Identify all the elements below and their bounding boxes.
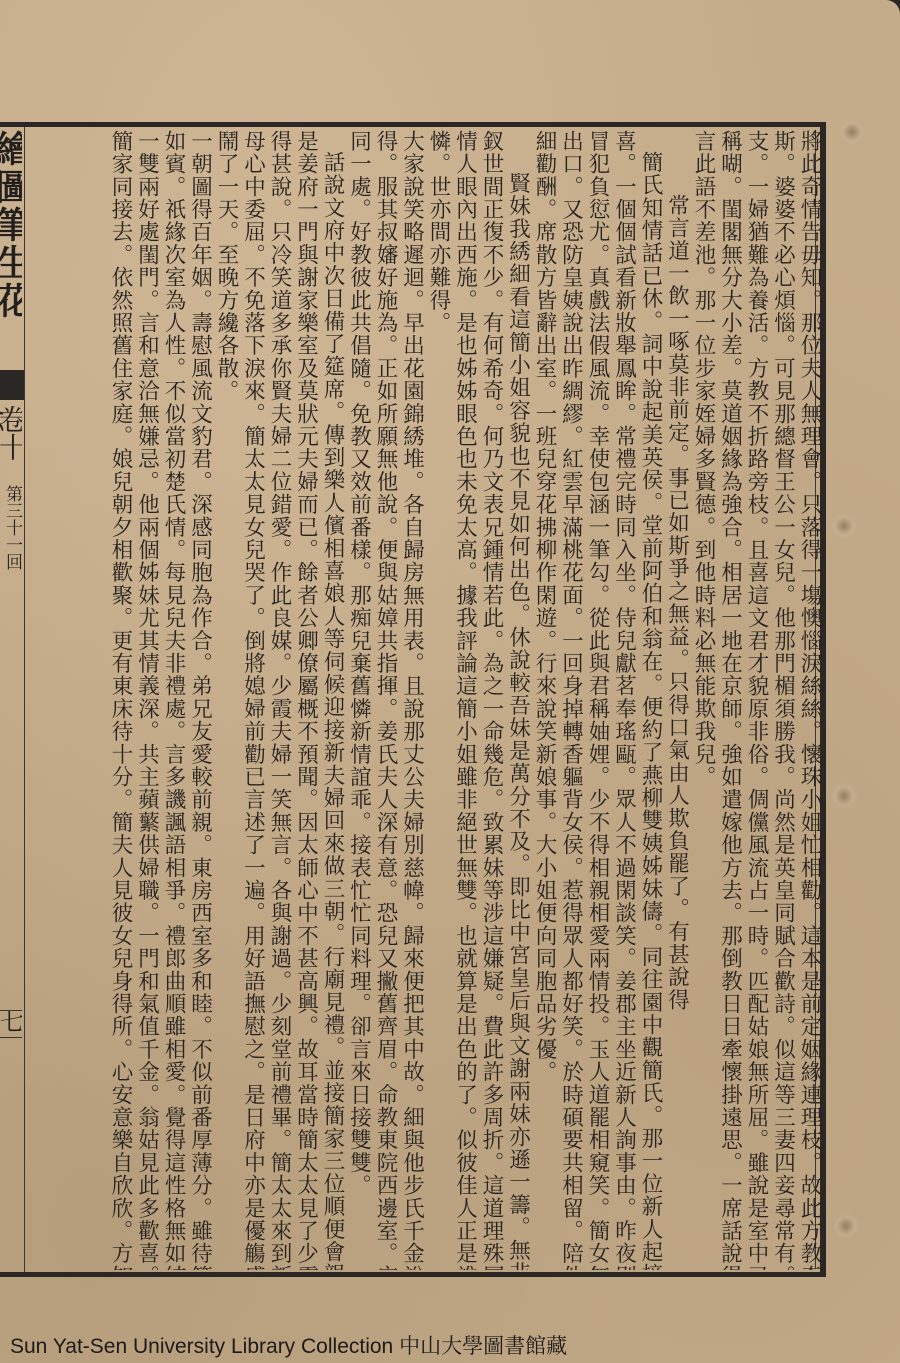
text-column: 喜。一個個試看新妝舉鳳眸。常禮完時同入坐。侍兒獻茗奉瑤甌。眾人不過閑談笑。姜郡主… xyxy=(610,130,637,1270)
binding-hole xyxy=(830,782,858,810)
text-column: 簡氏知情話已休。詞中說起美英侯。堂前阿伯和翁在。便約了燕柳雙姨姊妹儔。同往園中觀… xyxy=(637,130,664,1270)
book-title: 繪圖筆生花 xyxy=(0,130,22,360)
text-column: 鬧了一天。至晚方纔各散。 xyxy=(213,130,240,1270)
text-column: 常言道一飲一啄莫非前定。事已如斯爭之無益。只得口氣由人欺負罷了。有甚說得 xyxy=(663,130,690,1270)
text-column: 話說文府中次日備了筵席。傳到樂人儐相喜娘人等伺候迎接新夫婦回來做三朝。行廟見禮。… xyxy=(319,130,346,1270)
text-column: 得。服其叔嬸好施為。正如所願無他說。便與姑嫜共指揮。姜氏夫人深有意。恐兒又撇舊齊… xyxy=(372,130,399,1270)
book-page: 繪圖筆生花 卷十六 第三十一回 七 將此奇情告毋知。那位夫人無理會。只落得一塲懊… xyxy=(0,0,900,1363)
text-column: 將此奇情告毋知。那位夫人無理會。只落得一塲懊惱淚絲絲。懷珠小姐忙相勸。這本是前定… xyxy=(796,130,823,1270)
text-column: 言此語不差池。那一位步家姪婦多賢德。到他時料必無能欺我兒。 xyxy=(690,130,717,1270)
text-column: 大家說笑略遲迴。早出花園錦綉堆。各自歸房無用表。且說那丈公夫婦別慈幃。歸來便把其… xyxy=(398,130,425,1270)
text-body: 將此奇情告毋知。那位夫人無理會。只落得一塲懊惱淚絲絲。懷珠小姐忙相勸。這本是前定… xyxy=(26,130,822,1270)
text-column: 母心中委屈。不免落下淚來。簡太太見女兒哭了。倒將媳婦前勸已言述了一遍。用好語撫慰… xyxy=(239,130,266,1270)
chapter-label: 第三十一回 xyxy=(2,485,22,570)
volume-label: 卷十六 xyxy=(0,405,22,485)
text-column: 稱㗅。閨閣無分大小差。莫道姻緣為強合。相居一地在京師。強如遣嫁他方去。那倒教日日… xyxy=(716,130,743,1270)
text-column: 如賓。祇緣次室為人性。不似當初楚氏情。每見兒夫非禮處。言多譏諷語相爭。禮郎曲順雖… xyxy=(160,130,187,1270)
text-column: 斯。婆婆不必心煩惱。可見那總督王公一女兒。他那門楣須勝我。尚然是英皇同賦合歡詩。… xyxy=(769,130,796,1270)
text-column: 細勸酬。席散方皆辭出室。一班兒穿花拂柳作閑遊。行來說笑新娘事。大小姐便向同胞品劣… xyxy=(531,130,558,1270)
text-column: 釵世間正復不少。有何希奇。何乃文表兄鍾情若此。為之一命幾危。致累妹等涉這嫌疑。費… xyxy=(478,130,505,1270)
binding-hole xyxy=(832,1212,860,1240)
text-column: 同一處。好教彼此共倡隨。免教又效前番樣。那痴兒棄舊憐新情誼乖。接表忙忙同料理。卻… xyxy=(345,130,372,1270)
fishtail-mark xyxy=(0,370,24,400)
collection-credit: Sun Yat-Sen University Library Collectio… xyxy=(10,1330,567,1360)
text-column: 憐。世亦間亦難得。 xyxy=(425,130,452,1270)
page-number: 七 xyxy=(0,1010,22,1038)
text-column: 一朝圖得百年姻。壽慰風流文豹君。深感同胞為作合。弟兄友愛較前親。東房西室多和睦。… xyxy=(186,130,213,1270)
text-column: 情人眼內出西施。是也姊姊眼色也未免太高。據我評論這簡小姐雖非絕世無雙。也就算是出… xyxy=(451,130,478,1270)
credit-english: Sun Yat-Sen University Library Collectio… xyxy=(10,1335,393,1358)
text-column: 冒犯負愆尤。真戲法假風流。幸使包涵一筆勾。從此與君稱妯娌。少不得相親相愛兩情投。… xyxy=(584,130,611,1270)
credit-chinese: 中山大學圖書館藏 xyxy=(399,1334,567,1358)
text-column: 支。一婦猶難為養活。方教不折路旁枝。且喜這文君才貌原非俗。倜儻風流占一時。匹配姑… xyxy=(743,130,770,1270)
text-column: 賢妹我綉細看這簡小姐容貌也不見如何出色。休說較吾妹是萬分不及。即比中宮皇后與文謝… xyxy=(504,130,531,1270)
binding-hole xyxy=(838,118,866,146)
binding-hole xyxy=(830,512,858,540)
text-column: 得甚說。只冷笑道多承你賢夫婦二位錯愛。作此良媒。少霞夫婦一笑無言。各與謝過。少刻… xyxy=(266,130,293,1270)
text-column: 出口。又恐防皇姨說出昨綢繆。紅雲早滿桃花面。一回身掉轉香軀背女侯。惹得眾人都好笑… xyxy=(557,130,584,1270)
text-column: 一雙兩好處閨門。言和意洽無嫌忌。他兩個姊妹尤其情義深。共主蘋蘩供婦職。一門和氣值… xyxy=(133,130,160,1270)
text-column: 簡家同接去。依然照舊住家庭。娘兒朝夕相歡聚。更有東床待十分。簡夫人見彼女兒身得所… xyxy=(107,130,134,1270)
text-column: 是姜府一門與謝家樂室及莫狀元夫婦而已。餘者公卿僚屬概不預聞。因太師心中不甚高興。… xyxy=(292,130,319,1270)
